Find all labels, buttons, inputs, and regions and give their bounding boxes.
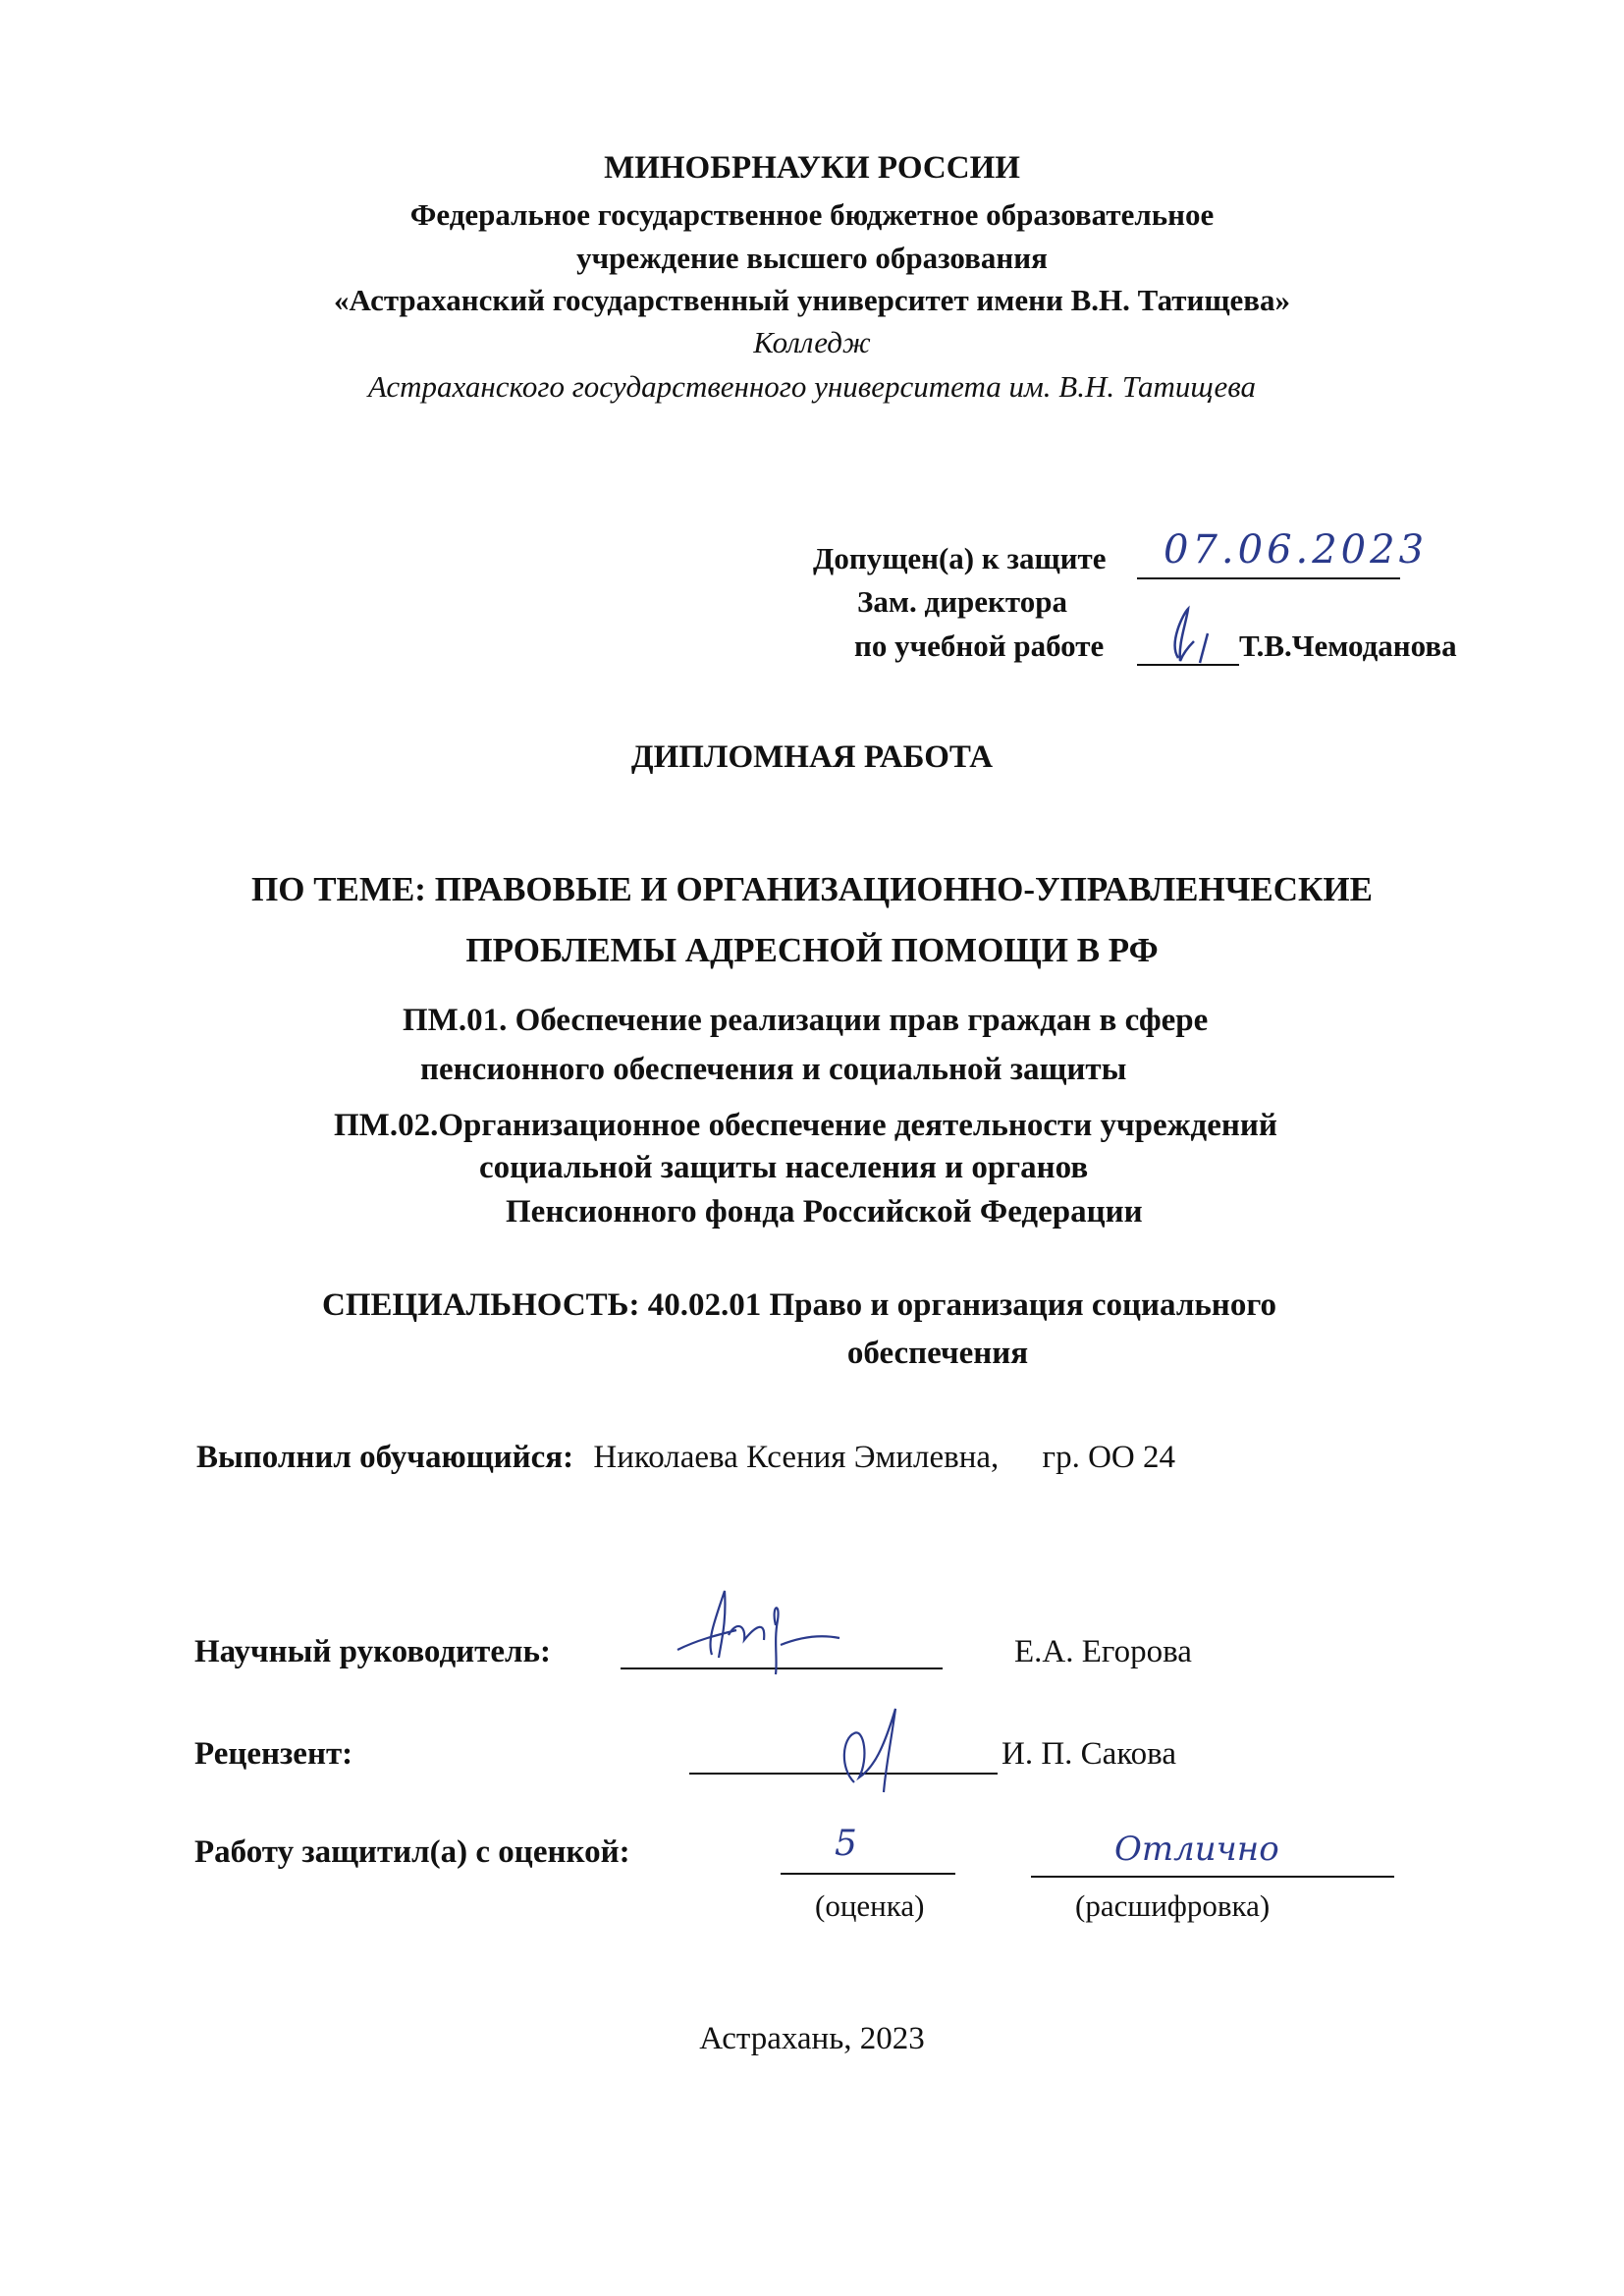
reviewer-label: Рецензент: (194, 1738, 352, 1771)
admitted-date-underline (1137, 577, 1400, 579)
defense-label: Работу защитил(а) с оценкой: (194, 1836, 630, 1869)
topic-line-1: ПО ТЕМЕ: ПРАВОВЫЕ И ОРГАНИЗАЦИОННО-УПРАВ… (0, 872, 1624, 906)
supervisor-signature-icon (668, 1581, 854, 1674)
student-group: гр. ОО 24 (1043, 1440, 1175, 1475)
grade-caption: (оценка) (815, 1890, 924, 1921)
student-name: Николаева Ксения Эмилевна, (593, 1440, 999, 1475)
grade-handwritten: 5 (835, 1827, 857, 1862)
pm02-line-1: ПМ.02.Организационное обеспечение деятел… (334, 1110, 1277, 1142)
title-page: { "header": { "ministry": "МИНОБРНАУКИ Р… (0, 0, 1624, 2296)
grade-word-handwritten: Отлично (1114, 1832, 1279, 1866)
deputy-signature-icon (1149, 604, 1227, 668)
deputy-name: Т.В.Чемоданова (1239, 630, 1457, 661)
college-line-1: Колледж (0, 327, 1624, 357)
student-label: Выполнил обучающийся: (196, 1440, 573, 1475)
city-year: Астрахань, 2023 (0, 2023, 1624, 2055)
specialty-value: 40.02.01 Право и организация социального (648, 1287, 1276, 1323)
college-line-2: Астраханского государственного университ… (0, 371, 1624, 402)
student-line: Выполнил обучающийся: Николаева Ксения Э… (196, 1442, 1175, 1474)
supervisor-name: Е.А. Егорова (1014, 1636, 1192, 1668)
work-type-heading: ДИПЛОМНАЯ РАБОТА (0, 741, 1624, 774)
reviewer-name: И. П. Сакова (1001, 1738, 1176, 1771)
ministry-heading: МИНОБРНАУКИ РОССИИ (0, 152, 1624, 185)
institution-line-2: учреждение высшего образования (0, 243, 1624, 273)
supervisor-label: Научный руководитель: (194, 1636, 551, 1668)
reviewer-signature-icon (825, 1699, 943, 1797)
specialty-line: СПЕЦИАЛЬНОСТЬ: 40.02.01 Право и организа… (322, 1289, 1276, 1322)
pm02-line-2: социальной защиты населения и органов (479, 1152, 1088, 1184)
institution-line-1: Федеральное государственное бюджетное об… (0, 199, 1624, 230)
deputy-label-line-2: по учебной работе (854, 630, 1104, 661)
pm01-line-1: ПМ.01. Обеспечение реализации прав гражд… (403, 1005, 1208, 1037)
pm02-line-3: Пенсионного фонда Российской Федерации (506, 1196, 1143, 1229)
deputy-label-line-1: Зам. директора (857, 586, 1067, 617)
admitted-label: Допущен(а) к защите (813, 543, 1106, 574)
decoding-caption: (расшифровка) (1075, 1890, 1270, 1921)
grade-underline (781, 1873, 955, 1875)
admitted-date-handwritten: 07.06.2023 (1164, 530, 1428, 570)
topic-line-2: ПРОБЛЕМЫ АДРЕСНОЙ ПОМОЩИ В РФ (0, 933, 1624, 967)
university-name: «Астраханский государственный университе… (0, 285, 1624, 315)
grade-decoding-underline (1031, 1876, 1394, 1878)
pm01-line-2: пенсионного обеспечения и социальной защ… (420, 1054, 1126, 1086)
specialty-label: СПЕЦИАЛЬНОСТЬ: (322, 1287, 639, 1323)
specialty-value-line-2: обеспечения (0, 1338, 1624, 1370)
